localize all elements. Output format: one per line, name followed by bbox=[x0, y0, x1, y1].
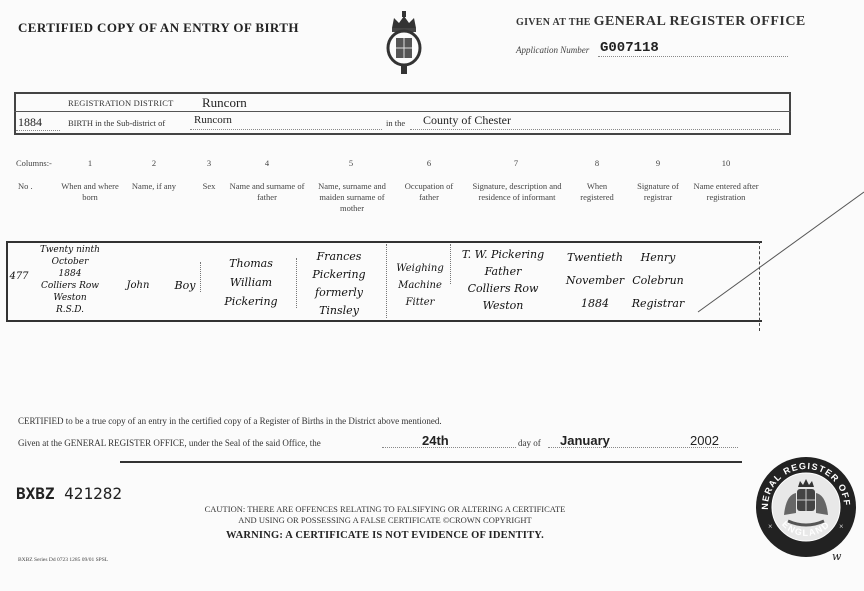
column-number-8: 8 bbox=[587, 158, 607, 168]
column-number-7: 7 bbox=[506, 158, 526, 168]
occupation-line-1: Weighing bbox=[388, 260, 452, 277]
occupation-line-3: Fitter bbox=[388, 294, 452, 311]
informant-signature: T. W. Pickering bbox=[450, 246, 556, 263]
issue-day: 24th bbox=[422, 433, 449, 448]
identity-warning: WARNING: A CERTIFICATE IS NOT EVIDENCE O… bbox=[150, 530, 620, 541]
born-street: Colliers Row bbox=[30, 280, 110, 292]
caution-line-2: AND USING OR POSSESSING A FALSE CERTIFIC… bbox=[150, 515, 620, 526]
column-header-informant: Signature, description and residence of … bbox=[464, 181, 570, 203]
mother-first-name: Frances bbox=[294, 248, 384, 266]
column-header-when-registered: When registered bbox=[572, 181, 622, 203]
entry-number: 477 bbox=[8, 270, 30, 283]
occupation-line-2: Machine bbox=[388, 277, 452, 294]
cancellation-diagonal-line bbox=[690, 190, 864, 320]
born-district: R.S.D. bbox=[30, 304, 110, 316]
column-number-2: 2 bbox=[144, 158, 164, 168]
handwritten-initial: w bbox=[832, 550, 841, 563]
registrar-surname: Colebrun bbox=[622, 269, 694, 292]
column-header-name: Name, if any bbox=[124, 181, 184, 192]
entry-occupation: Weighing Machine Fitter bbox=[388, 260, 452, 311]
certificate-serial: BXBZ 421282 bbox=[16, 484, 122, 503]
caution-notice: CAUTION: THERE ARE OFFENCES RELATING TO … bbox=[150, 504, 620, 526]
application-number: G007118 bbox=[600, 40, 659, 56]
application-number-line bbox=[598, 56, 788, 57]
informant-town: Weston bbox=[450, 297, 556, 314]
county-value: County of Chester bbox=[423, 113, 511, 128]
issue-month: January bbox=[560, 433, 610, 448]
registrar-title: Registrar bbox=[622, 292, 694, 315]
column-header-mother: Name, surname and maiden surname of moth… bbox=[311, 181, 393, 214]
county-dotted-line bbox=[410, 129, 780, 130]
subdistrict-dotted-line bbox=[190, 129, 382, 130]
informant-description: Father bbox=[450, 263, 556, 280]
registration-district-label: REGISTRATION DISTRICT bbox=[68, 98, 174, 108]
entry-informant: T. W. Pickering Father Colliers Row West… bbox=[450, 246, 556, 314]
series-code: BXBZ Series Dd 0723 1285 09/01 SPSL bbox=[18, 557, 108, 563]
entry-sex: Boy bbox=[168, 279, 202, 292]
no-label: No . bbox=[18, 181, 33, 191]
column-number-3: 3 bbox=[199, 158, 219, 168]
issue-year: 2002 bbox=[690, 433, 719, 448]
given-at-prefix: GIVEN AT THE bbox=[516, 17, 591, 28]
subdistrict-value: Runcorn bbox=[194, 114, 232, 126]
father-middle-name: William bbox=[205, 273, 297, 292]
given-at-office: GENERAL REGISTER OFFICE bbox=[594, 14, 806, 29]
column-number-1: 1 bbox=[80, 158, 100, 168]
entry-father: Thomas William Pickering bbox=[205, 254, 297, 311]
given-statement: Given at the GENERAL REGISTER OFFICE, un… bbox=[18, 438, 321, 448]
born-town: Weston bbox=[30, 292, 110, 304]
born-day: Twenty ninth bbox=[30, 244, 110, 256]
column-header-sex: Sex bbox=[194, 181, 224, 192]
signature-line bbox=[120, 461, 742, 463]
column-number-10: 10 bbox=[716, 158, 736, 168]
column-header-registrar: Signature of registrar bbox=[628, 181, 688, 203]
column-number-4: 4 bbox=[257, 158, 277, 168]
entry-when-where-born: Twenty ninth October 1884 Colliers Row W… bbox=[30, 244, 110, 316]
informant-street: Colliers Row bbox=[450, 280, 556, 297]
column-number-6: 6 bbox=[419, 158, 439, 168]
entry-name: John bbox=[118, 279, 158, 292]
serial-number: 421282 bbox=[64, 484, 122, 503]
registration-year: 1884 bbox=[18, 115, 42, 130]
serial-prefix: BXBZ bbox=[16, 484, 55, 503]
svg-text:×: × bbox=[839, 522, 844, 531]
columns-label: Columns:- bbox=[16, 158, 52, 168]
certificate-title: CERTIFIED COPY OF AN ENTRY OF BIRTH bbox=[18, 20, 299, 36]
column-header-occupation: Occupation of father bbox=[399, 181, 459, 203]
year-dotted-line bbox=[16, 130, 60, 131]
column-separator bbox=[386, 244, 387, 318]
father-first-name: Thomas bbox=[205, 254, 297, 273]
entry-mother: Frances Pickering formerly Tinsley bbox=[294, 248, 384, 320]
certified-statement: CERTIFIED to be a true copy of an entry … bbox=[18, 416, 442, 426]
column-header-when-born: When and where born bbox=[60, 181, 120, 203]
column-number-5: 5 bbox=[341, 158, 361, 168]
column-header-father: Name and surname of father bbox=[227, 181, 307, 203]
general-register-office-seal-icon: GENERAL REGISTER OFFICE ENGLAND × × bbox=[754, 455, 858, 559]
entry-registrar: Henry Colebrun Registrar bbox=[622, 246, 694, 315]
mother-formerly: formerly bbox=[294, 284, 384, 302]
column-number-9: 9 bbox=[648, 158, 668, 168]
registrar-first-name: Henry bbox=[622, 246, 694, 269]
caution-line-1: CAUTION: THERE ARE OFFENCES RELATING TO … bbox=[150, 504, 620, 515]
in-the-label: in the bbox=[386, 118, 405, 128]
mother-maiden-name: Tinsley bbox=[294, 302, 384, 320]
father-surname: Pickering bbox=[205, 292, 297, 311]
day-dotted-line bbox=[382, 447, 516, 448]
subdistrict-label: BIRTH in the Sub-district of bbox=[68, 118, 165, 128]
mother-surname: Pickering bbox=[294, 266, 384, 284]
given-at-heading: GIVEN AT THE GENERAL REGISTER OFFICE bbox=[516, 14, 806, 30]
registration-divider bbox=[14, 111, 791, 112]
day-of-label: day of bbox=[518, 438, 541, 448]
svg-text:×: × bbox=[768, 522, 773, 531]
registration-district-value: Runcorn bbox=[202, 95, 247, 111]
royal-crest-icon bbox=[384, 10, 424, 76]
born-month: October bbox=[30, 256, 110, 268]
born-year: 1884 bbox=[30, 268, 110, 280]
application-number-label: Application Number bbox=[516, 45, 589, 55]
